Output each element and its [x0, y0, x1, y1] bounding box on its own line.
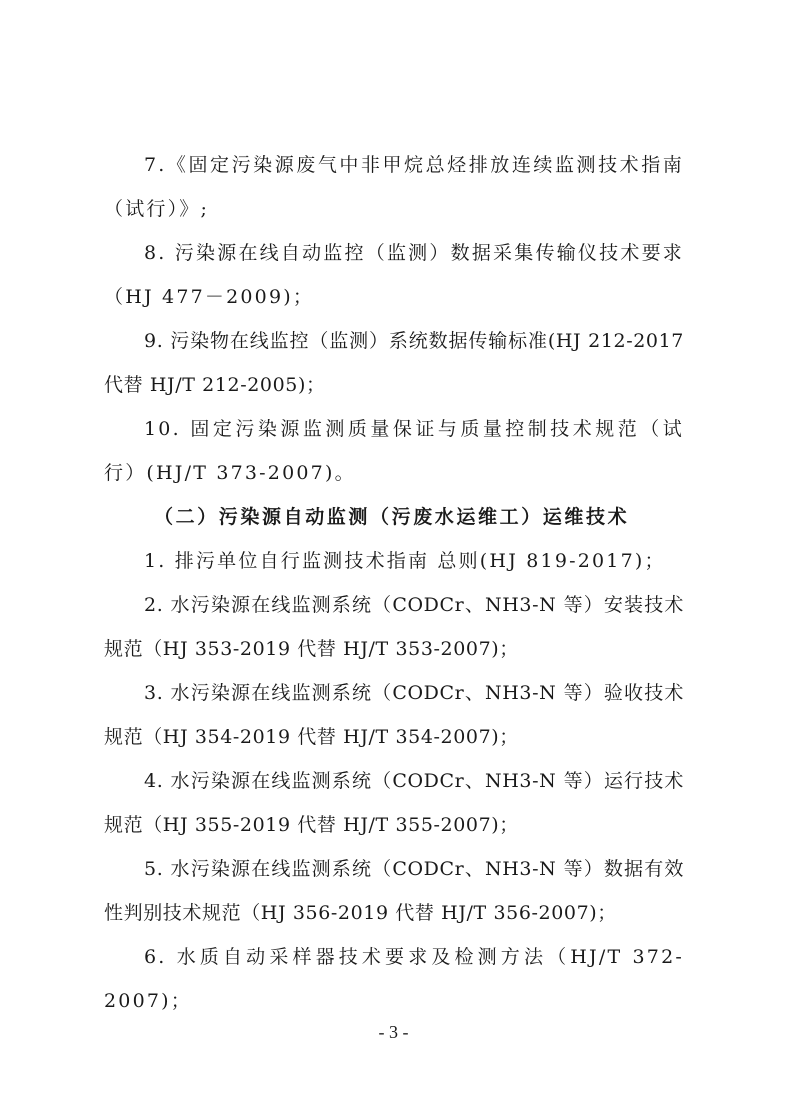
- page-number: - 3 -: [0, 1022, 787, 1043]
- list-item: 2. 水污染源在线监测系统（CODCr、NH3-N 等）安装技术规范（HJ 35…: [104, 583, 684, 671]
- list-item: 3. 水污染源在线监测系统（CODCr、NH3-N 等）验收技术规范（HJ 35…: [104, 671, 684, 759]
- list-item: 9. 污染物在线监控（监测）系统数据传输标准(HJ 212-2017 代替 HJ…: [104, 319, 684, 407]
- section-heading: （二）污染源自动监测（污废水运维工）运维技术: [104, 495, 684, 539]
- list-item: 6. 水质自动采样器技术要求及检测方法（HJ/T 372-2007)；: [104, 935, 684, 1023]
- list-item: 10. 固定污染源监测质量保证与质量控制技术规范（试行）(HJ/T 373-20…: [104, 407, 684, 495]
- list-item: 7.《固定污染源废气中非甲烷总烃排放连续监测技术指南（试行）》;: [104, 143, 684, 231]
- list-item: 4. 水污染源在线监测系统（CODCr、NH3-N 等）运行技术规范（HJ 35…: [104, 759, 684, 847]
- document-page: 7.《固定污染源废气中非甲烷总烃排放连续监测技术指南（试行）》; 8. 污染源在…: [104, 143, 684, 1023]
- list-item: 5. 水污染源在线监测系统（CODCr、NH3-N 等）数据有效性判别技术规范（…: [104, 847, 684, 935]
- list-item: 1. 排污单位自行监测技术指南 总则(HJ 819-2017)；: [104, 539, 684, 583]
- list-item: 8. 污染源在线自动监控（监测）数据采集传输仪技术要求（HJ 477－2009)…: [104, 231, 684, 319]
